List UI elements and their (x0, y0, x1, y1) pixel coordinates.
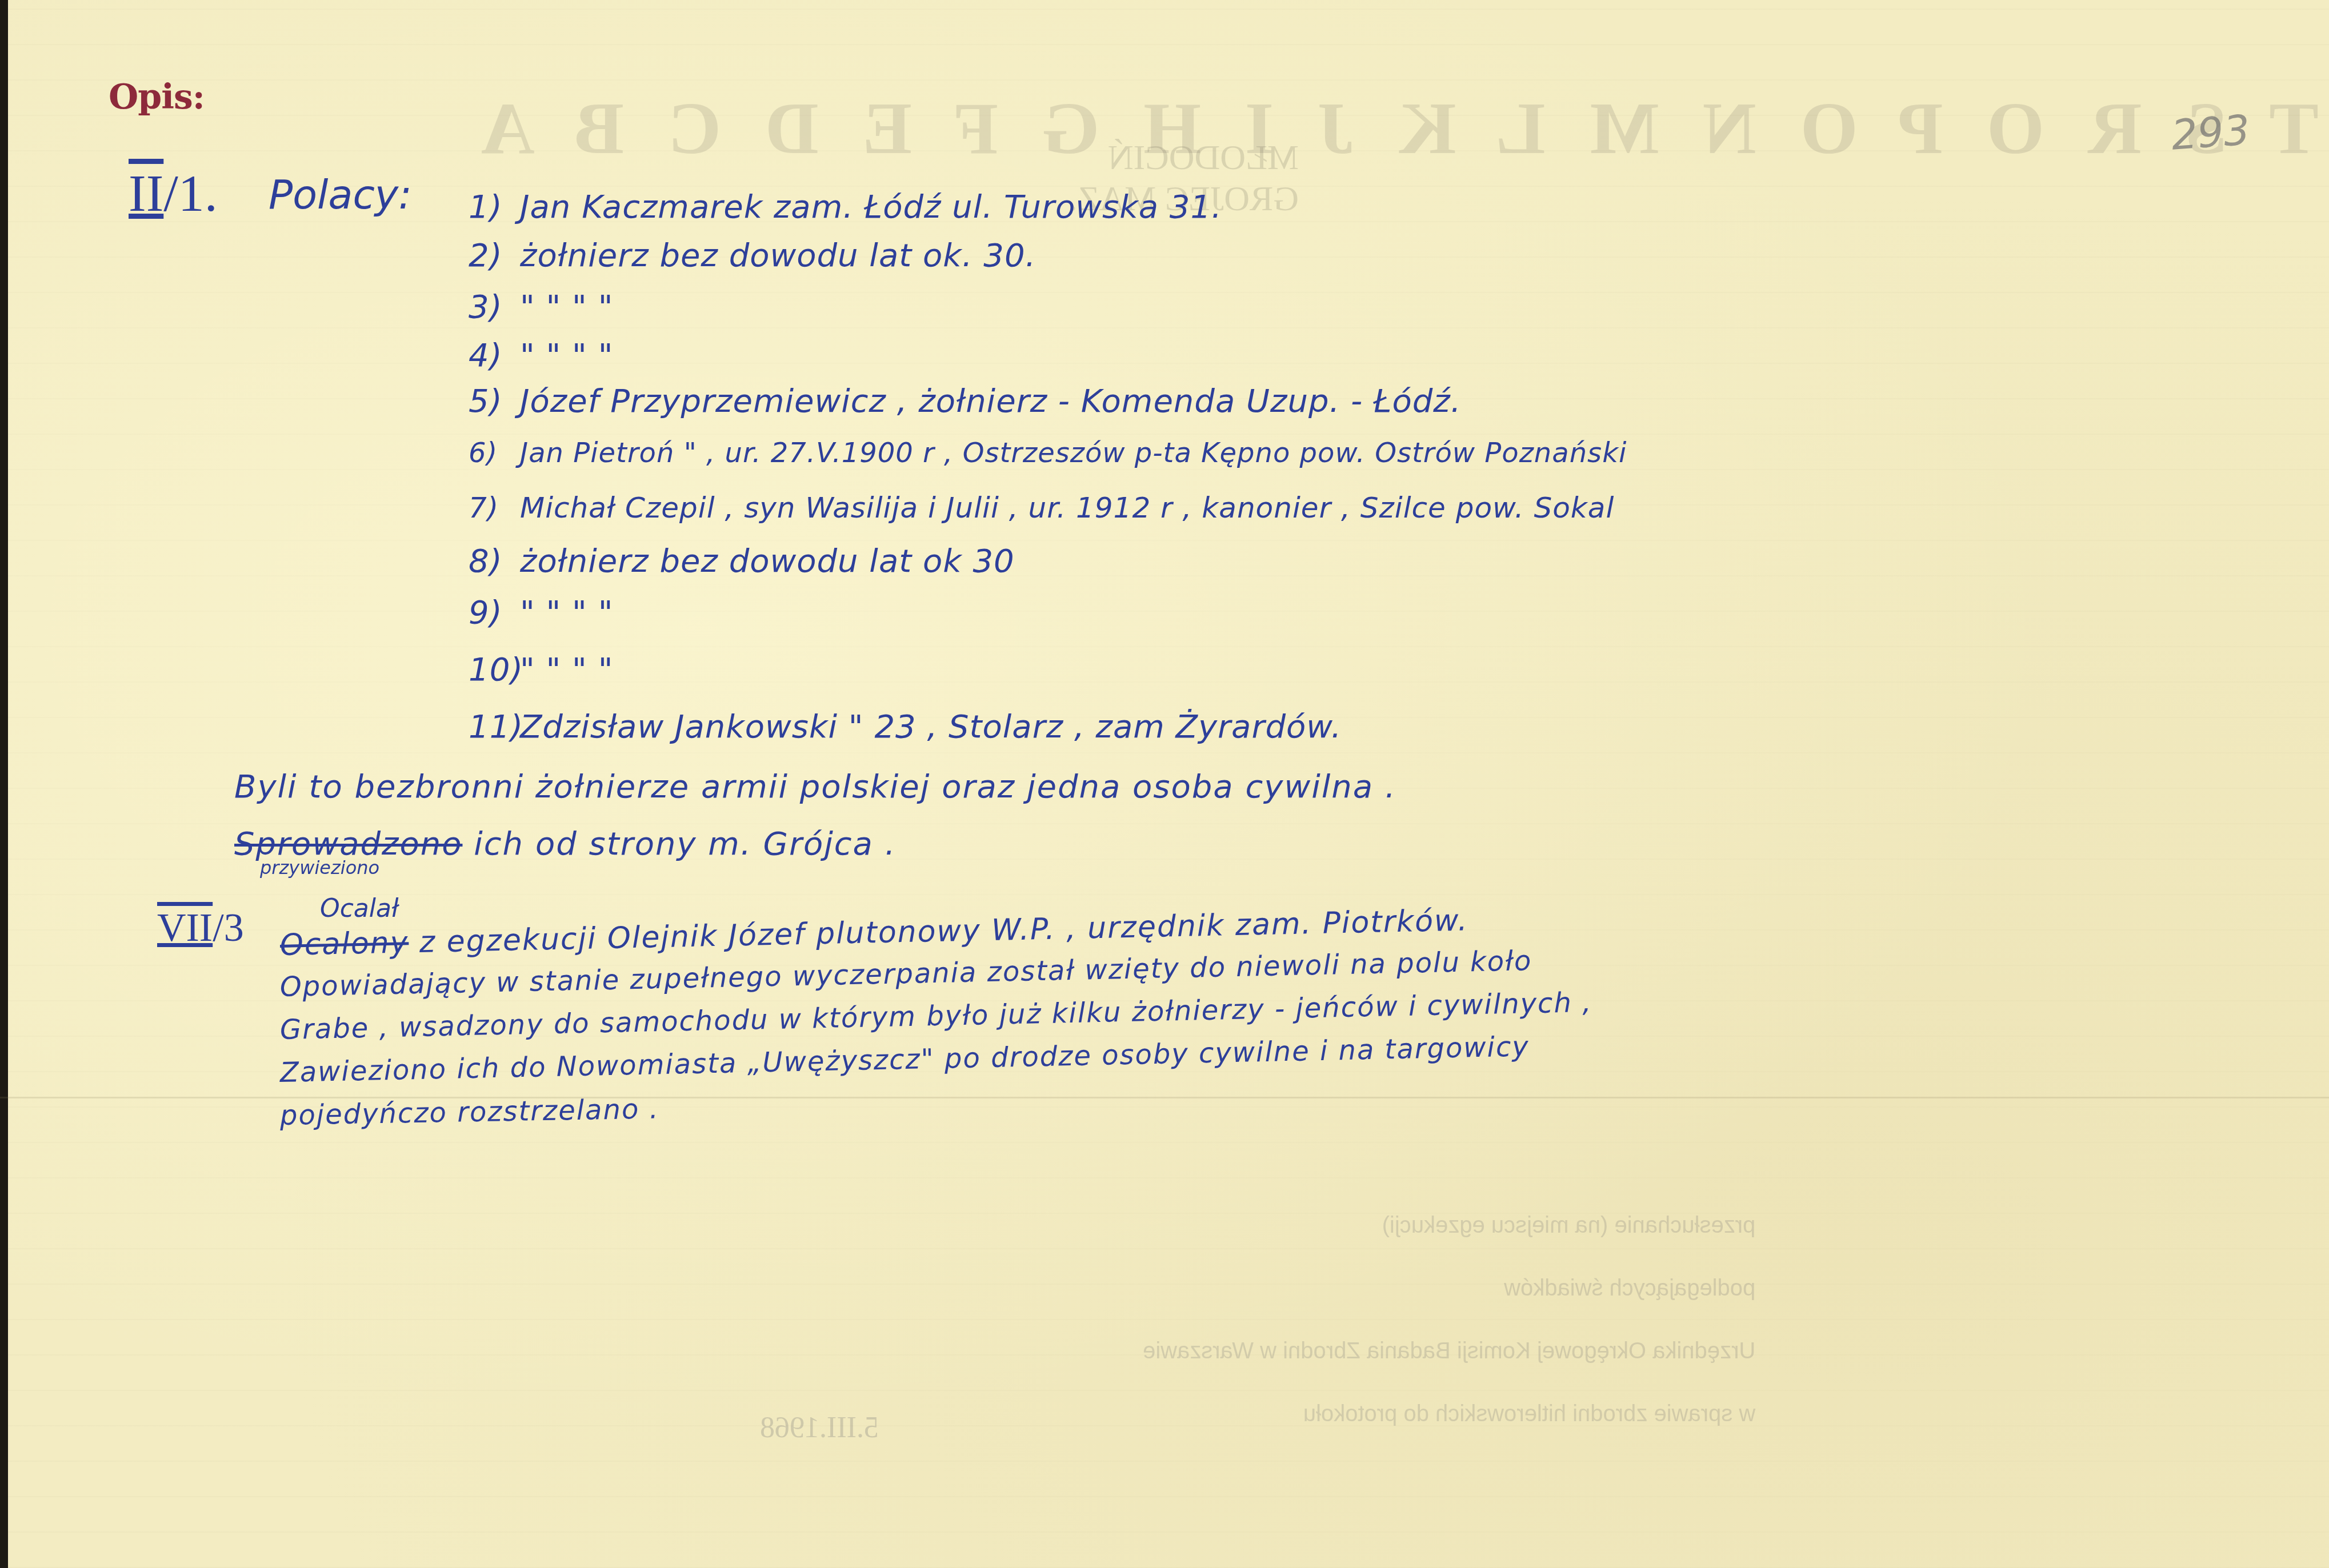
list-item: 4)" " " " (469, 337, 613, 374)
section-mark-ii-1: II/1. (129, 163, 218, 223)
list-item: 9)" " " " (469, 594, 613, 631)
summary-line: Byli to bezbronni żołnierze armii polski… (234, 768, 1396, 805)
list-item: 11)Zdzisław Jankowski " 23 , Stolarz , z… (469, 708, 1342, 745)
reverse-signature-block: przesłuchanie (na miejscu egzekucji) pod… (1143, 1194, 1755, 1445)
list-item: 7)Michał Czepil , syn Wasilija i Julii ,… (469, 491, 1614, 524)
list-item: 2)żołnierz bez dowodu lat ok. 30. (469, 237, 1036, 274)
label-polacy: Polacy: (269, 171, 412, 218)
list-item: 6)Jan Pietroń " , ur. 27.V.1900 r , Ostr… (469, 437, 1627, 469)
reverse-form-header: V Z I Z W U I T S R O P O N M L K J I H … (469, 86, 2329, 171)
list-item: 8)żołnierz bez dowodu lat ok 30 (469, 543, 1015, 580)
inserted-correction: przywieziono (260, 857, 379, 879)
struck-word: Ocalony (279, 925, 409, 963)
section-mark-vii-3: VII/3 (157, 905, 244, 951)
scan-edge (0, 0, 8, 1568)
reverse-date-mark: 5.III.1968 (760, 1411, 879, 1445)
list-item: 5)Józef Przyprzemiewicz , żołnierz - Kom… (469, 383, 1462, 420)
heading-opis: Opis: (109, 77, 205, 117)
narrative-line: pojedyńczo rozstrzelano . (280, 1093, 660, 1132)
page-number: 293 (2170, 106, 2251, 159)
inserted-correction: Ocalał (320, 894, 399, 923)
list-item: 1)Jan Kaczmarek zam. Łódź ul. Turowska 3… (469, 189, 1222, 226)
list-item: 3)" " " " (469, 288, 613, 326)
list-item: 10)" " " " (469, 651, 613, 688)
